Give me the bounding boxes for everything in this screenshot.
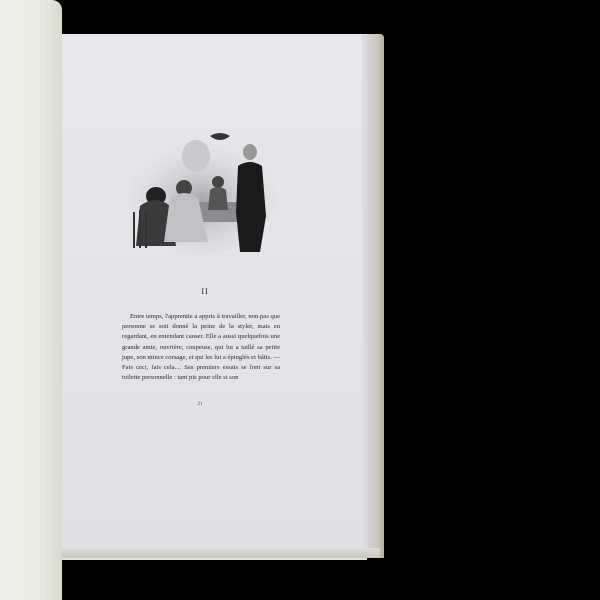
page-number: 21: [120, 402, 280, 407]
left-page-blank: [0, 0, 62, 600]
body-paragraph: Entre temps, l'apprentie a appris à trav…: [122, 312, 280, 383]
right-page: [62, 34, 367, 560]
paragraph-text: Entre temps, l'apprentie a appris à trav…: [122, 312, 280, 383]
chapter-heading: II: [120, 287, 290, 296]
page-bottom-edge: [62, 548, 380, 558]
deckled-page-edge: [362, 34, 384, 558]
engraving-illustration: [126, 126, 278, 254]
